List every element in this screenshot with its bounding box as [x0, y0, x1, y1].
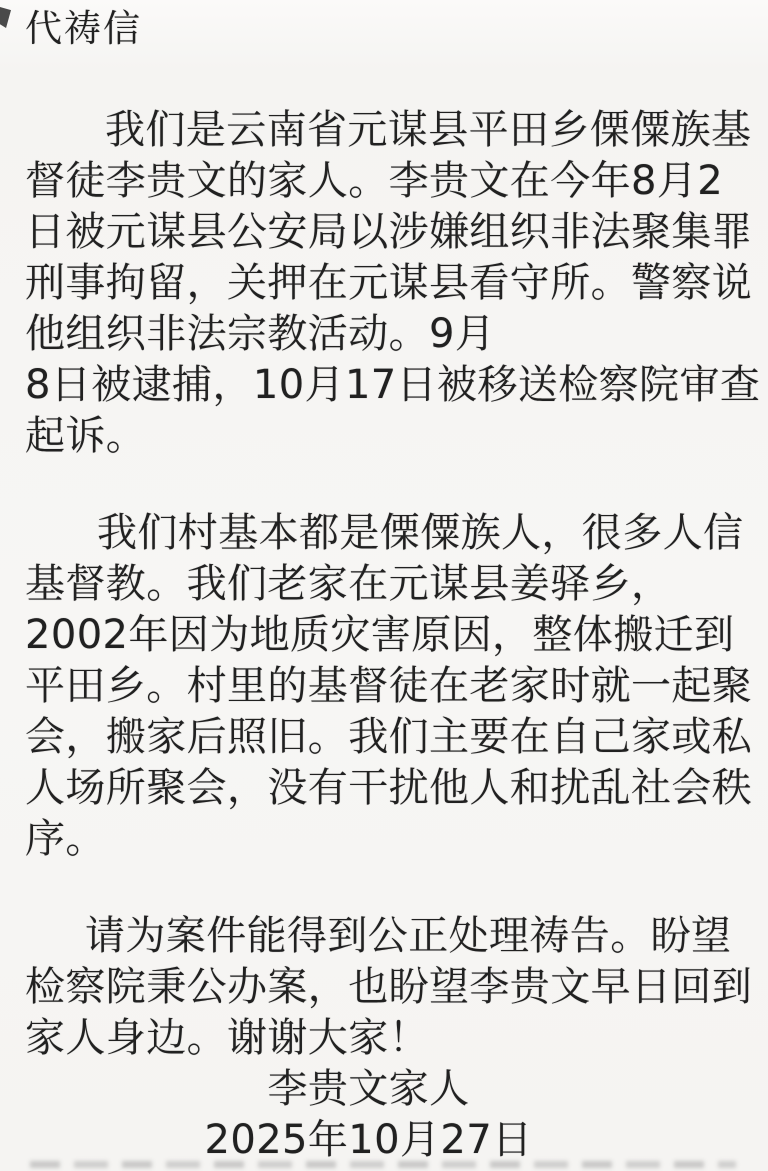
letter-page: 代祷信 我们是云南省元谋县平田乡傈僳族基 督徒李贵文的家人。李贵文在今年8月2 … [0, 0, 768, 1171]
paragraph-line: 平田乡。村里的基督徒在老家时就一起聚 [25, 661, 740, 712]
paragraph-line: 8日被逮捕，10月17日被移送检察院审查 [25, 360, 740, 411]
paragraph-line: 2002年因为地质灾害原因，整体搬迁到 [25, 610, 740, 661]
date-line: 2025年10月27日 [11, 1115, 726, 1166]
letter-title: 代祷信 [25, 6, 740, 52]
paragraph-line: 刑事拘留，关押在元谋县看守所。警察说 [25, 258, 740, 309]
corner-fold-icon [0, 7, 11, 28]
signature-line: 李贵文家人 [11, 1064, 726, 1115]
paragraph-2: 我们村基本都是傈僳族人，很多人信 基督教。我们老家在元谋县姜驿乡， 2002年因… [25, 508, 740, 865]
paragraph-1: 我们是云南省元谋县平田乡傈僳族基 督徒李贵文的家人。李贵文在今年8月2 日被元谋… [25, 105, 740, 462]
paragraph-line: 我们是云南省元谋县平田乡傈僳族基 [25, 105, 740, 156]
paragraph-line: 他组织非法宗教活动。9月 [25, 309, 740, 360]
paragraph-line: 人场所聚会，没有干扰他人和扰乱社会秩 [25, 763, 740, 814]
paragraph-line: 我们村基本都是傈僳族人，很多人信 [25, 508, 740, 559]
paragraph-line: 起诉。 [25, 411, 740, 462]
paragraph-line: 基督教。我们老家在元谋县姜驿乡， [25, 559, 740, 610]
paragraph-line: 序。 [25, 814, 740, 865]
paragraph-line: 家人身边。谢谢大家！ [25, 1013, 740, 1064]
paragraph-line: 检察院秉公办案，也盼望李贵文早日回到 [25, 962, 740, 1013]
paragraph-line: 请为案件能得到公正处理祷告。盼望 [25, 911, 740, 962]
paragraph-line: 日被元谋县公安局以涉嫌组织非法聚集罪 [25, 207, 740, 258]
letter-footer: 李贵文家人 2025年10月27日 [11, 1064, 726, 1166]
paragraph-line: 督徒李贵文的家人。李贵文在今年8月2 [25, 156, 740, 207]
paragraph-3: 请为案件能得到公正处理祷告。盼望 检察院秉公办案，也盼望李贵文早日回到 家人身边… [25, 911, 740, 1064]
cutoff-text-remnant [30, 1161, 736, 1168]
paragraph-line: 会，搬家后照旧。我们主要在自己家或私 [25, 712, 740, 763]
